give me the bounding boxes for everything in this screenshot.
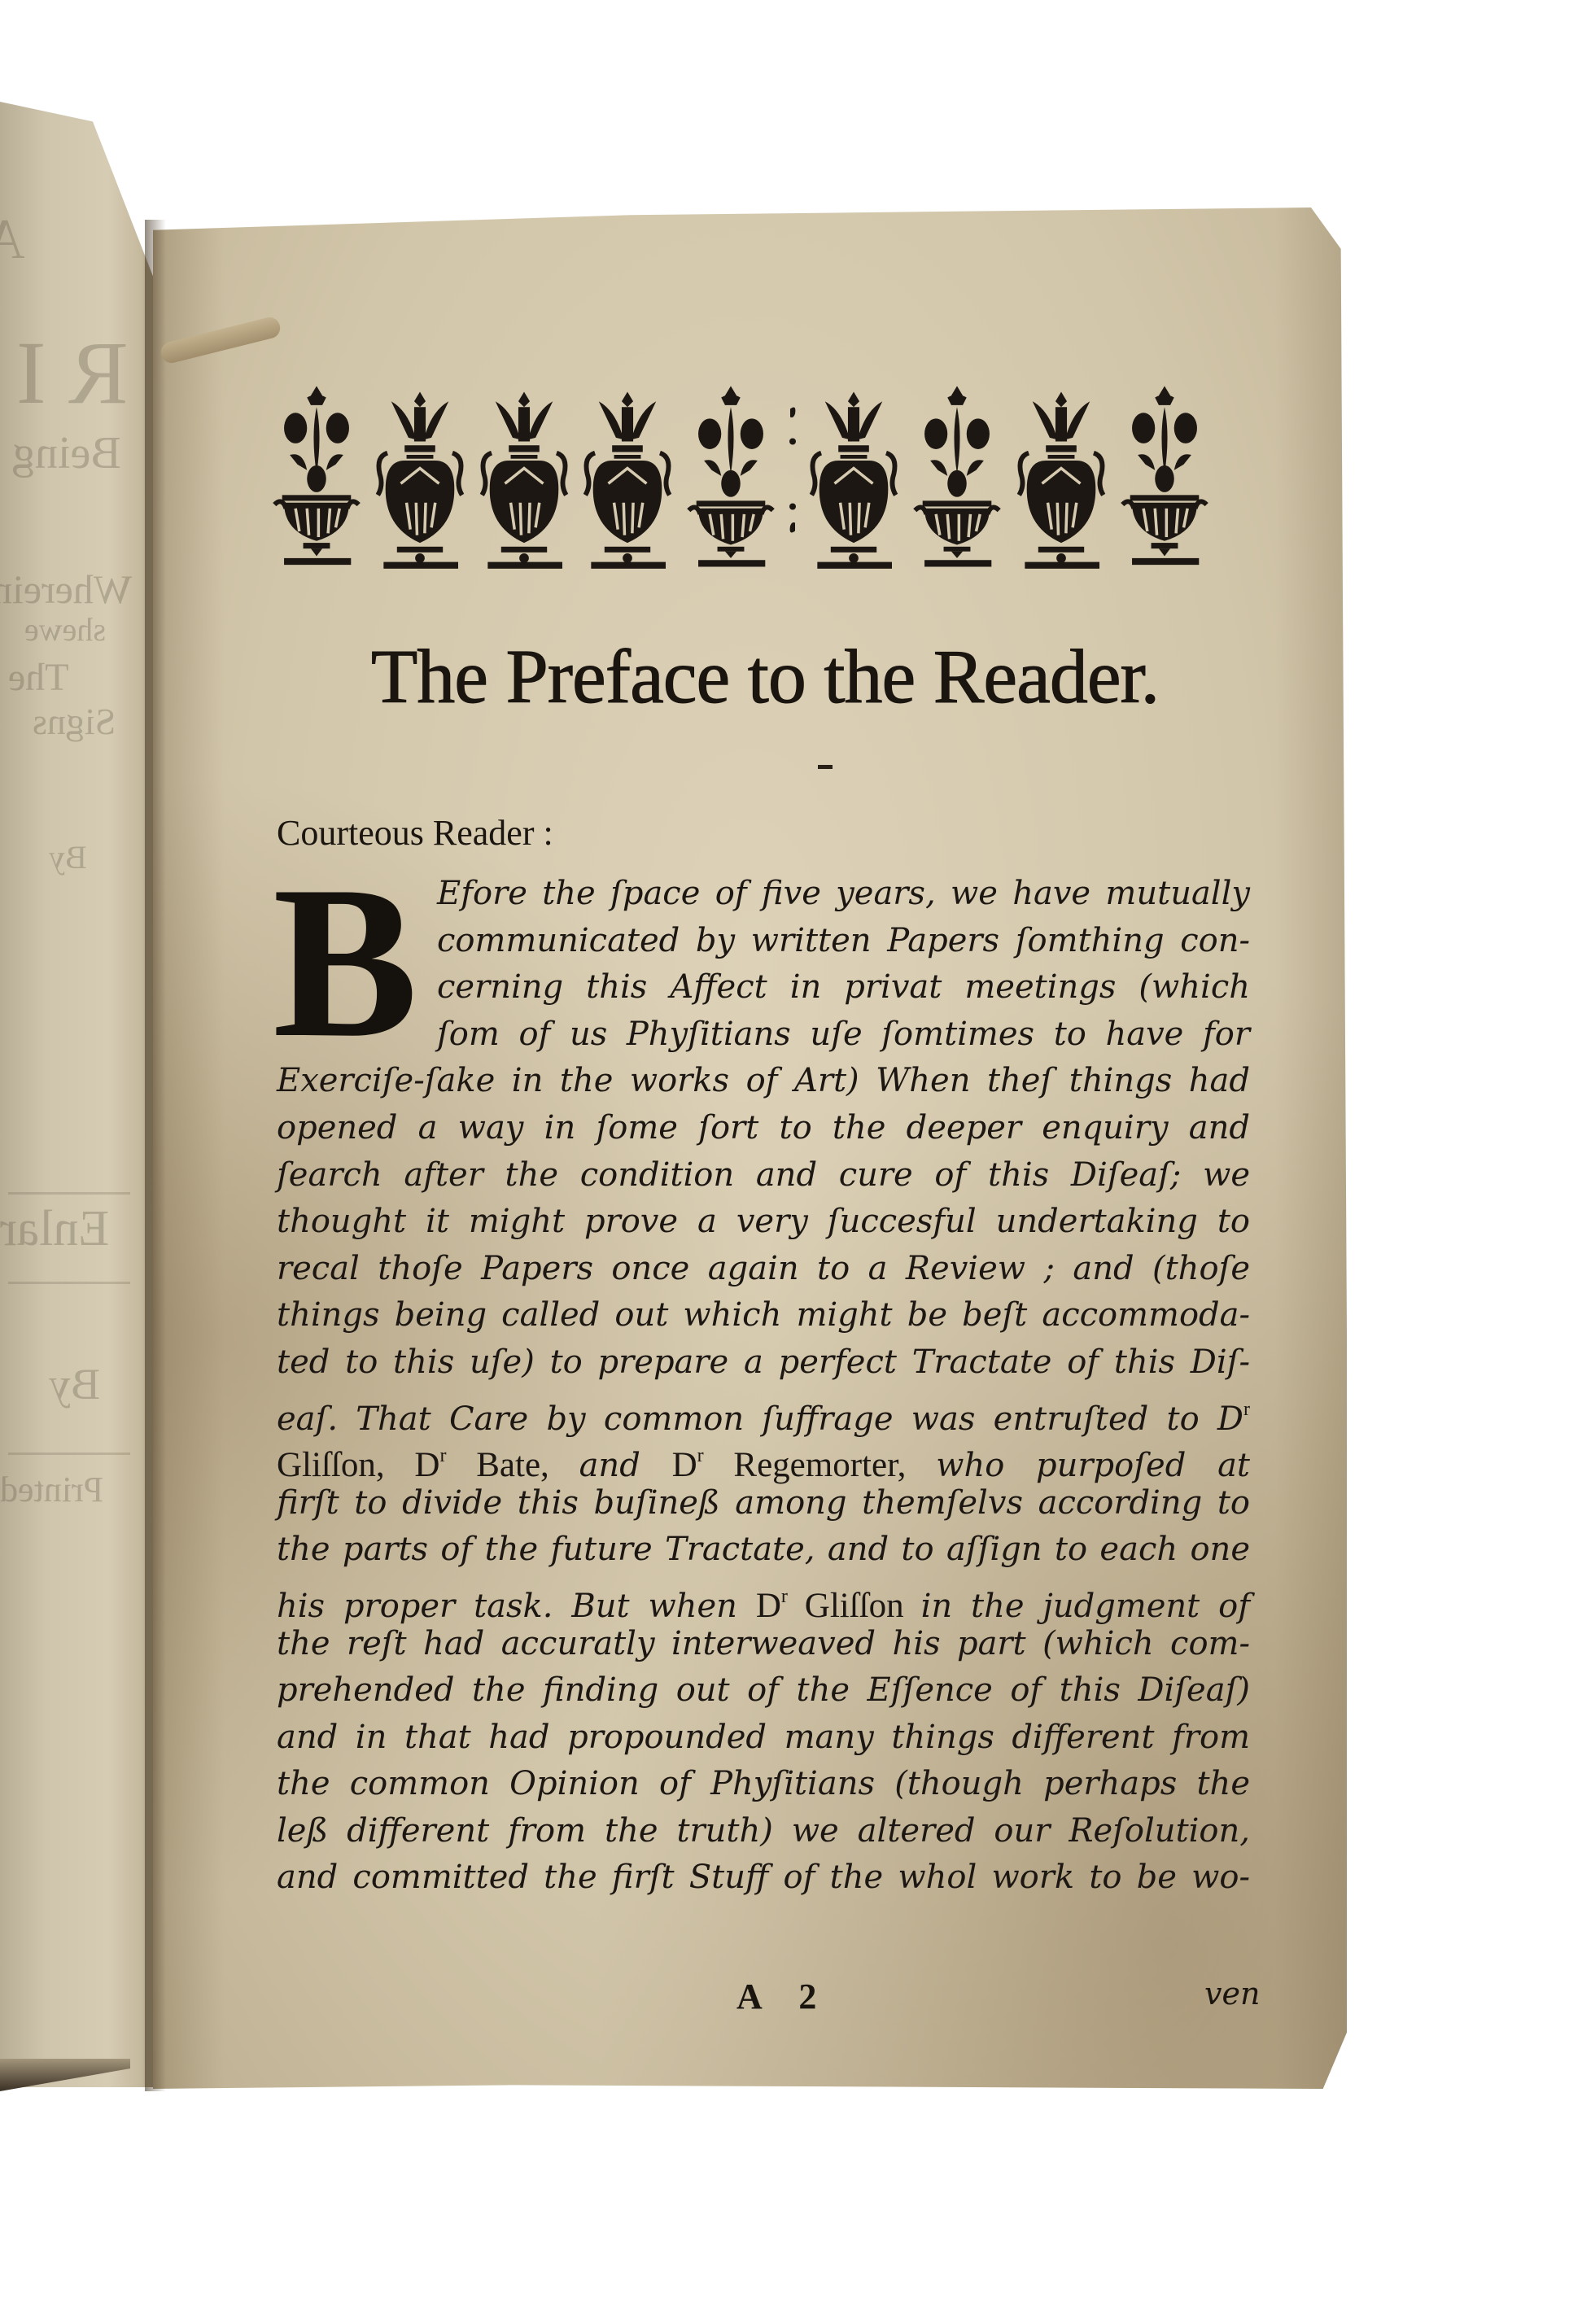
page-title: The Preface to the Reader.	[277, 639, 1253, 715]
italic-text: in the judgment of	[921, 1588, 1250, 1625]
woodcut-headpiece	[269, 370, 1213, 570]
italic-text: eaſ. That Care by common ſuffrage was en…	[277, 1400, 1243, 1438]
italic-text: thought it might prove a very ſuccesful …	[277, 1203, 1250, 1240]
italic-text: the parts of the future Tractate, and to…	[277, 1531, 1250, 1568]
italic-text: who purpoſed at	[936, 1447, 1250, 1484]
text-line: Gliſſon, Dr Bate, and Dr Regemorter, who…	[277, 1433, 1250, 1480]
italic-text: ted to this uſe) to prepare a perfect Tr…	[277, 1343, 1250, 1381]
flower-bowl-ornament-icon	[909, 378, 1005, 570]
italic-text: recal thoſe Papers once again to a Revie…	[277, 1250, 1250, 1287]
flower-bowl-ornament-icon	[683, 378, 779, 570]
italic-text: things being called out which might be b…	[277, 1296, 1250, 1334]
flower-bowl-ornament-icon	[1117, 378, 1213, 570]
ghost-text: Printed	[0, 1469, 103, 1510]
italic-text: and in that had propounded many things d…	[277, 1719, 1250, 1756]
gutter-shadow	[145, 220, 166, 2091]
roman-text: Gliſſon, D	[277, 1446, 439, 1484]
text-line: opened a way in ſome ſort to the deeper …	[277, 1105, 1250, 1152]
ghost-rule	[8, 1192, 130, 1195]
amphora-ornament-icon	[806, 378, 902, 570]
text-line: Exerciſe-ſake in the works of Art) When …	[277, 1058, 1250, 1105]
italic-text: his proper task. But when	[277, 1588, 756, 1625]
ghost-text: shewe	[24, 610, 106, 649]
flower-bowl-ornament-icon	[269, 378, 365, 570]
superscript: r	[697, 1445, 704, 1466]
ghost-text: Signs	[33, 700, 116, 743]
text-line: communicated by written Papers ſomthing …	[437, 918, 1250, 965]
ghost-rule	[8, 1282, 130, 1284]
italic-text: leß different from the truth) we altered…	[277, 1812, 1250, 1850]
ghost-text: The	[8, 655, 69, 700]
ornament-separator-icon	[787, 378, 798, 570]
title-rule-mark	[818, 765, 833, 769]
text-line: recal thoſe Papers once again to a Revie…	[277, 1246, 1250, 1293]
italic-text: and	[579, 1447, 672, 1484]
text-line: and committed the firſt Stuff of the who…	[277, 1854, 1250, 1902]
text-line: ſom of us Phyſitians uſe ſomtimes to hav…	[437, 1011, 1250, 1059]
superscript: r	[781, 1586, 788, 1607]
text-line: things being called out which might be b…	[277, 1292, 1250, 1339]
roman-text: D	[756, 1587, 781, 1625]
roman-text: Gliſſon	[788, 1587, 921, 1625]
italic-text: Efore the ſpace of five years, we have m…	[437, 875, 1250, 912]
ghost-text: By	[49, 838, 87, 876]
signature-mark: A 2	[736, 1976, 831, 2017]
italic-text: Exerciſe-ſake in the works of Art) When …	[277, 1062, 1250, 1099]
amphora-ornament-icon	[476, 378, 572, 570]
ghost-rule	[8, 1452, 130, 1455]
text-line: prehended the finding out of the Eſſence…	[277, 1667, 1250, 1715]
text-line: eaſ. That Care by common ſuffrage was en…	[277, 1387, 1250, 1434]
italic-text: prehended the finding out of the Eſſence…	[277, 1671, 1250, 1709]
ghost-text: Being	[12, 427, 121, 479]
text-line: his proper task. But when Dr Gliſſon in …	[277, 1574, 1250, 1621]
roman-text: D	[672, 1446, 697, 1484]
text-line: the parts of the future Tractate, and to…	[277, 1527, 1250, 1574]
italic-text: cerning this Affect in privat meetings (…	[437, 968, 1250, 1006]
text-line: the common Opinion of Phyſitians (though…	[277, 1761, 1250, 1808]
text-line: ſearch after the condition and cure of t…	[277, 1152, 1250, 1199]
ghost-text: Wherein	[0, 566, 132, 613]
amphora-ornament-icon	[372, 378, 468, 570]
left-facing-page: A R I Being Wherein shewe The Signs By E…	[0, 102, 155, 2087]
italic-text: communicated by written Papers ſomthing …	[437, 922, 1250, 959]
ghost-text: Enlar	[0, 1200, 109, 1258]
roman-text: Bate,	[446, 1446, 579, 1484]
preface-body: Efore the ſpace of five years, we have m…	[277, 871, 1250, 1902]
italic-text: and committed the firſt Stuff of the who…	[277, 1859, 1250, 1896]
catchword: ven	[1204, 1976, 1260, 2012]
text-line: leß different from the truth) we altered…	[277, 1808, 1250, 1855]
italic-text: firſt to divide this buſineß among themſ…	[277, 1484, 1250, 1522]
text-line: firſt to divide this buſineß among themſ…	[277, 1480, 1250, 1527]
ghost-text: A	[0, 207, 25, 273]
text-line: cerning this Affect in privat meetings (…	[437, 964, 1250, 1011]
text-line: Efore the ſpace of five years, we have m…	[437, 871, 1250, 918]
roman-text: Regemorter,	[704, 1446, 937, 1484]
text-line: ted to this uſe) to prepare a perfect Tr…	[277, 1339, 1250, 1387]
italic-text: ſom of us Phyſitians uſe ſomtimes to hav…	[437, 1016, 1250, 1053]
superscript: r	[1243, 1399, 1250, 1420]
ghost-text: By	[49, 1359, 100, 1409]
ghost-text: R I	[16, 321, 129, 425]
italic-text: the common Opinion of Phyſitians (though…	[277, 1765, 1250, 1802]
text-line: thought it might prove a very ſuccesful …	[277, 1199, 1250, 1246]
italic-text: ſearch after the condition and cure of t…	[277, 1156, 1250, 1194]
text-line: and in that had propounded many things d…	[277, 1715, 1250, 1762]
amphora-ornament-icon	[1013, 378, 1109, 570]
text-line: the reſt had accuratly interweaved his p…	[277, 1621, 1250, 1668]
amphora-ornament-icon	[579, 378, 675, 570]
italic-text: opened a way in ſome ſort to the deeper …	[277, 1109, 1250, 1147]
italic-text: the reſt had accuratly interweaved his p…	[277, 1625, 1250, 1662]
